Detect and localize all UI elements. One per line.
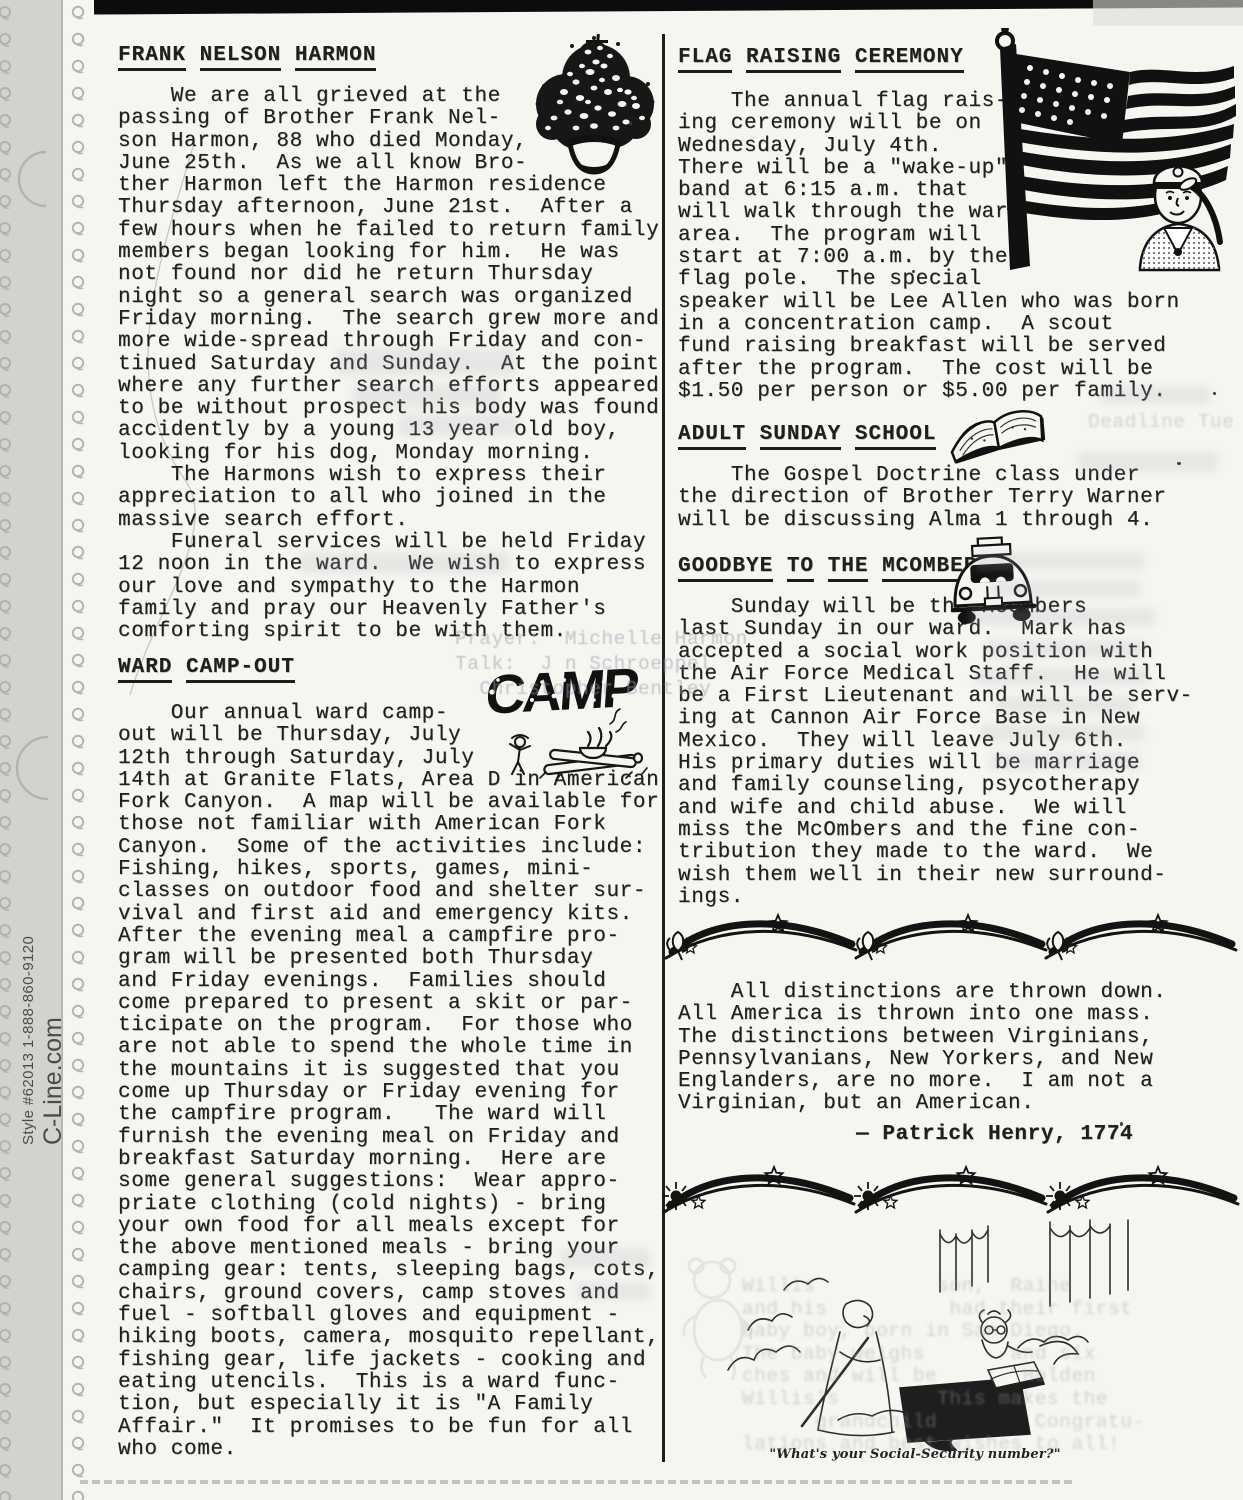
sunday-school-title: ADULT SUNDAY SCHOOL — [678, 424, 936, 446]
bleed-smudge — [990, 752, 1140, 770]
patriotic-border-flowers — [666, 910, 1236, 962]
open-book-icon — [942, 404, 1054, 470]
teddy-bear-ghost — [668, 1238, 788, 1408]
bleed-smudge — [970, 608, 1155, 626]
scan-speck — [912, 270, 915, 273]
perforation-line — [80, 1480, 1072, 1484]
corner-shade — [1093, 0, 1243, 26]
bleed-smudge — [398, 414, 518, 436]
bleed-smudge — [985, 640, 1145, 658]
bleed-smudge — [975, 668, 1150, 686]
scan-speck — [1177, 462, 1181, 465]
newsletter-page-scan: Style #62013 1-888-860-9120 C-Line.com F… — [0, 0, 1243, 1500]
sunday-school-body: The Gospel Doctrine class under the dire… — [678, 465, 1166, 532]
binder-style-number: Style #62013 1-888-860-9120 — [20, 936, 37, 1145]
ghost-program-text: Prayer: Michelle HarmonTalk: J n Schroep… — [455, 627, 748, 702]
bleed-smudge — [975, 552, 1145, 570]
bleed-smudge — [300, 552, 510, 574]
punch-hole-bottom — [10, 735, 56, 803]
flag-scout-illustration — [972, 28, 1237, 270]
bleed-smudge — [980, 724, 1145, 742]
ghost-deadline-text: Deadline Tue — [1088, 410, 1234, 435]
binder-margin-text: Style #62013 1-888-860-9120 C-Line.com — [20, 936, 68, 1145]
scan-speck — [629, 122, 632, 125]
bleed-smudge — [352, 384, 502, 408]
scan-top-bar — [94, 0, 1243, 15]
bleed-smudge — [1100, 386, 1210, 404]
patrick-henry-quote: All distinctions are thrown down. All Am… — [678, 982, 1166, 1116]
obituary-title: FRANK NELSON HARMON — [118, 45, 376, 67]
bleed-smudge — [336, 348, 516, 376]
punch-hole-top — [14, 150, 54, 210]
quote-attribution: — Patrick Henry, 1774 — [856, 1124, 1133, 1146]
ghost-birth-announcement: Willis son, Raineand his had their first… — [742, 1275, 1145, 1456]
flag-ceremony-title: FLAG RAISING CEREMONY — [678, 47, 964, 69]
binding-holes-inner — [62, 0, 98, 1500]
bleed-smudge — [990, 580, 1140, 598]
patriotic-border-starbursts — [664, 1162, 1240, 1217]
scan-speck — [1120, 1122, 1123, 1126]
bleed-smudge — [995, 696, 1135, 714]
binder-brand: C-Line.com — [39, 936, 68, 1145]
flower-pot-illustration — [524, 32, 664, 178]
scan-speck — [1213, 392, 1216, 395]
campout-body: Our annual ward camp- out will be Thursd… — [118, 703, 659, 1461]
bleed-smudge — [1078, 452, 1218, 472]
bleed-smudge — [575, 1282, 650, 1300]
campout-title: WARD CAMP-OUT — [118, 657, 295, 679]
bleed-smudge — [560, 1248, 650, 1268]
